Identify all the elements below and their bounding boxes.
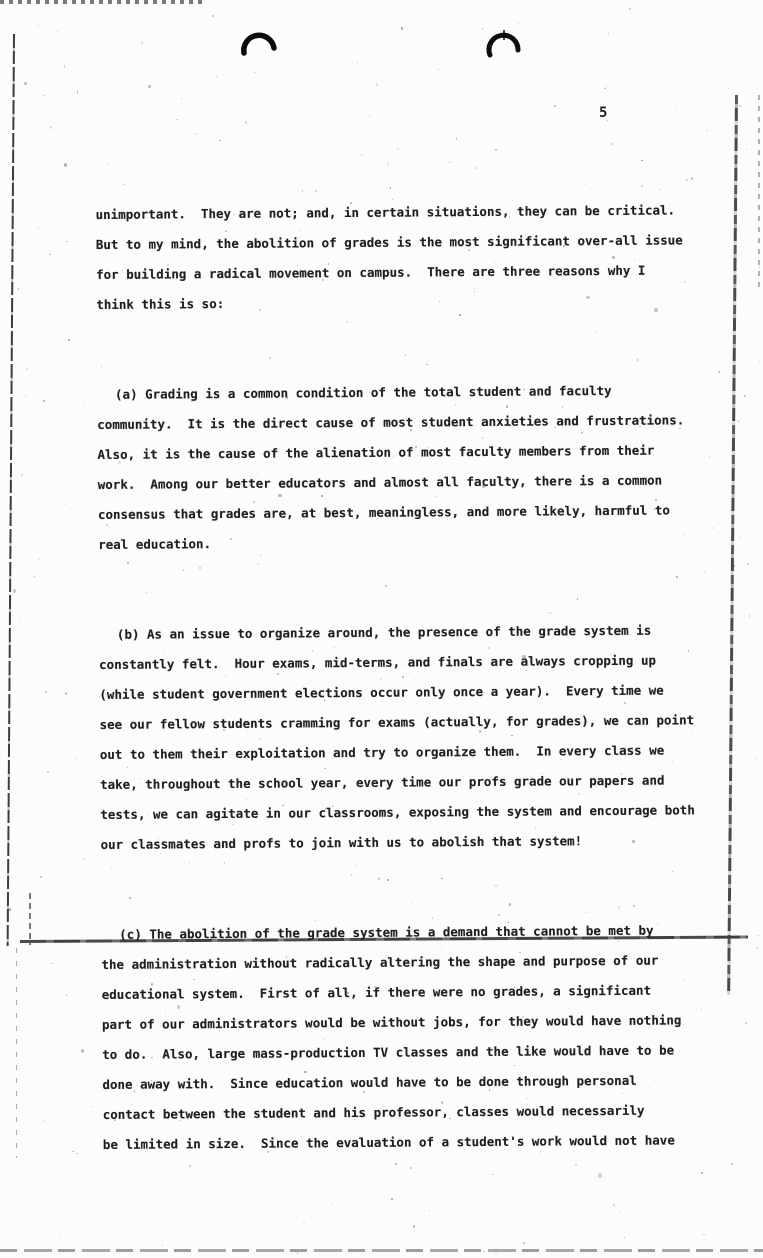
paragraph-intro: unimportant. They are not; and, in certa… xyxy=(95,195,736,320)
binder-ring-mark-left-icon xyxy=(238,26,280,60)
page-border-left-tail xyxy=(16,948,17,1158)
page-number: 5 xyxy=(599,105,608,121)
scan-edge-right-dashes xyxy=(758,95,760,290)
paragraph-b: (b) As an issue to organize around, the … xyxy=(99,615,741,860)
paragraph-c: (c) The abolition of the grade system is… xyxy=(101,915,743,1160)
scan-edge-dotted-line xyxy=(0,0,205,4)
scan-edge-bottom-dashed-line xyxy=(0,1249,763,1252)
scanned-document-page: 5 unimportant. They are not; and, in cer… xyxy=(0,0,763,1258)
page-border-left xyxy=(7,34,15,946)
page-border-left-inner xyxy=(29,893,31,945)
paragraph-a: (a) Grading is a common condition of the… xyxy=(97,375,738,560)
binder-ring-mark-right-icon xyxy=(485,26,527,62)
typewritten-text-block: unimportant. They are not; and, in certa… xyxy=(95,135,743,1220)
